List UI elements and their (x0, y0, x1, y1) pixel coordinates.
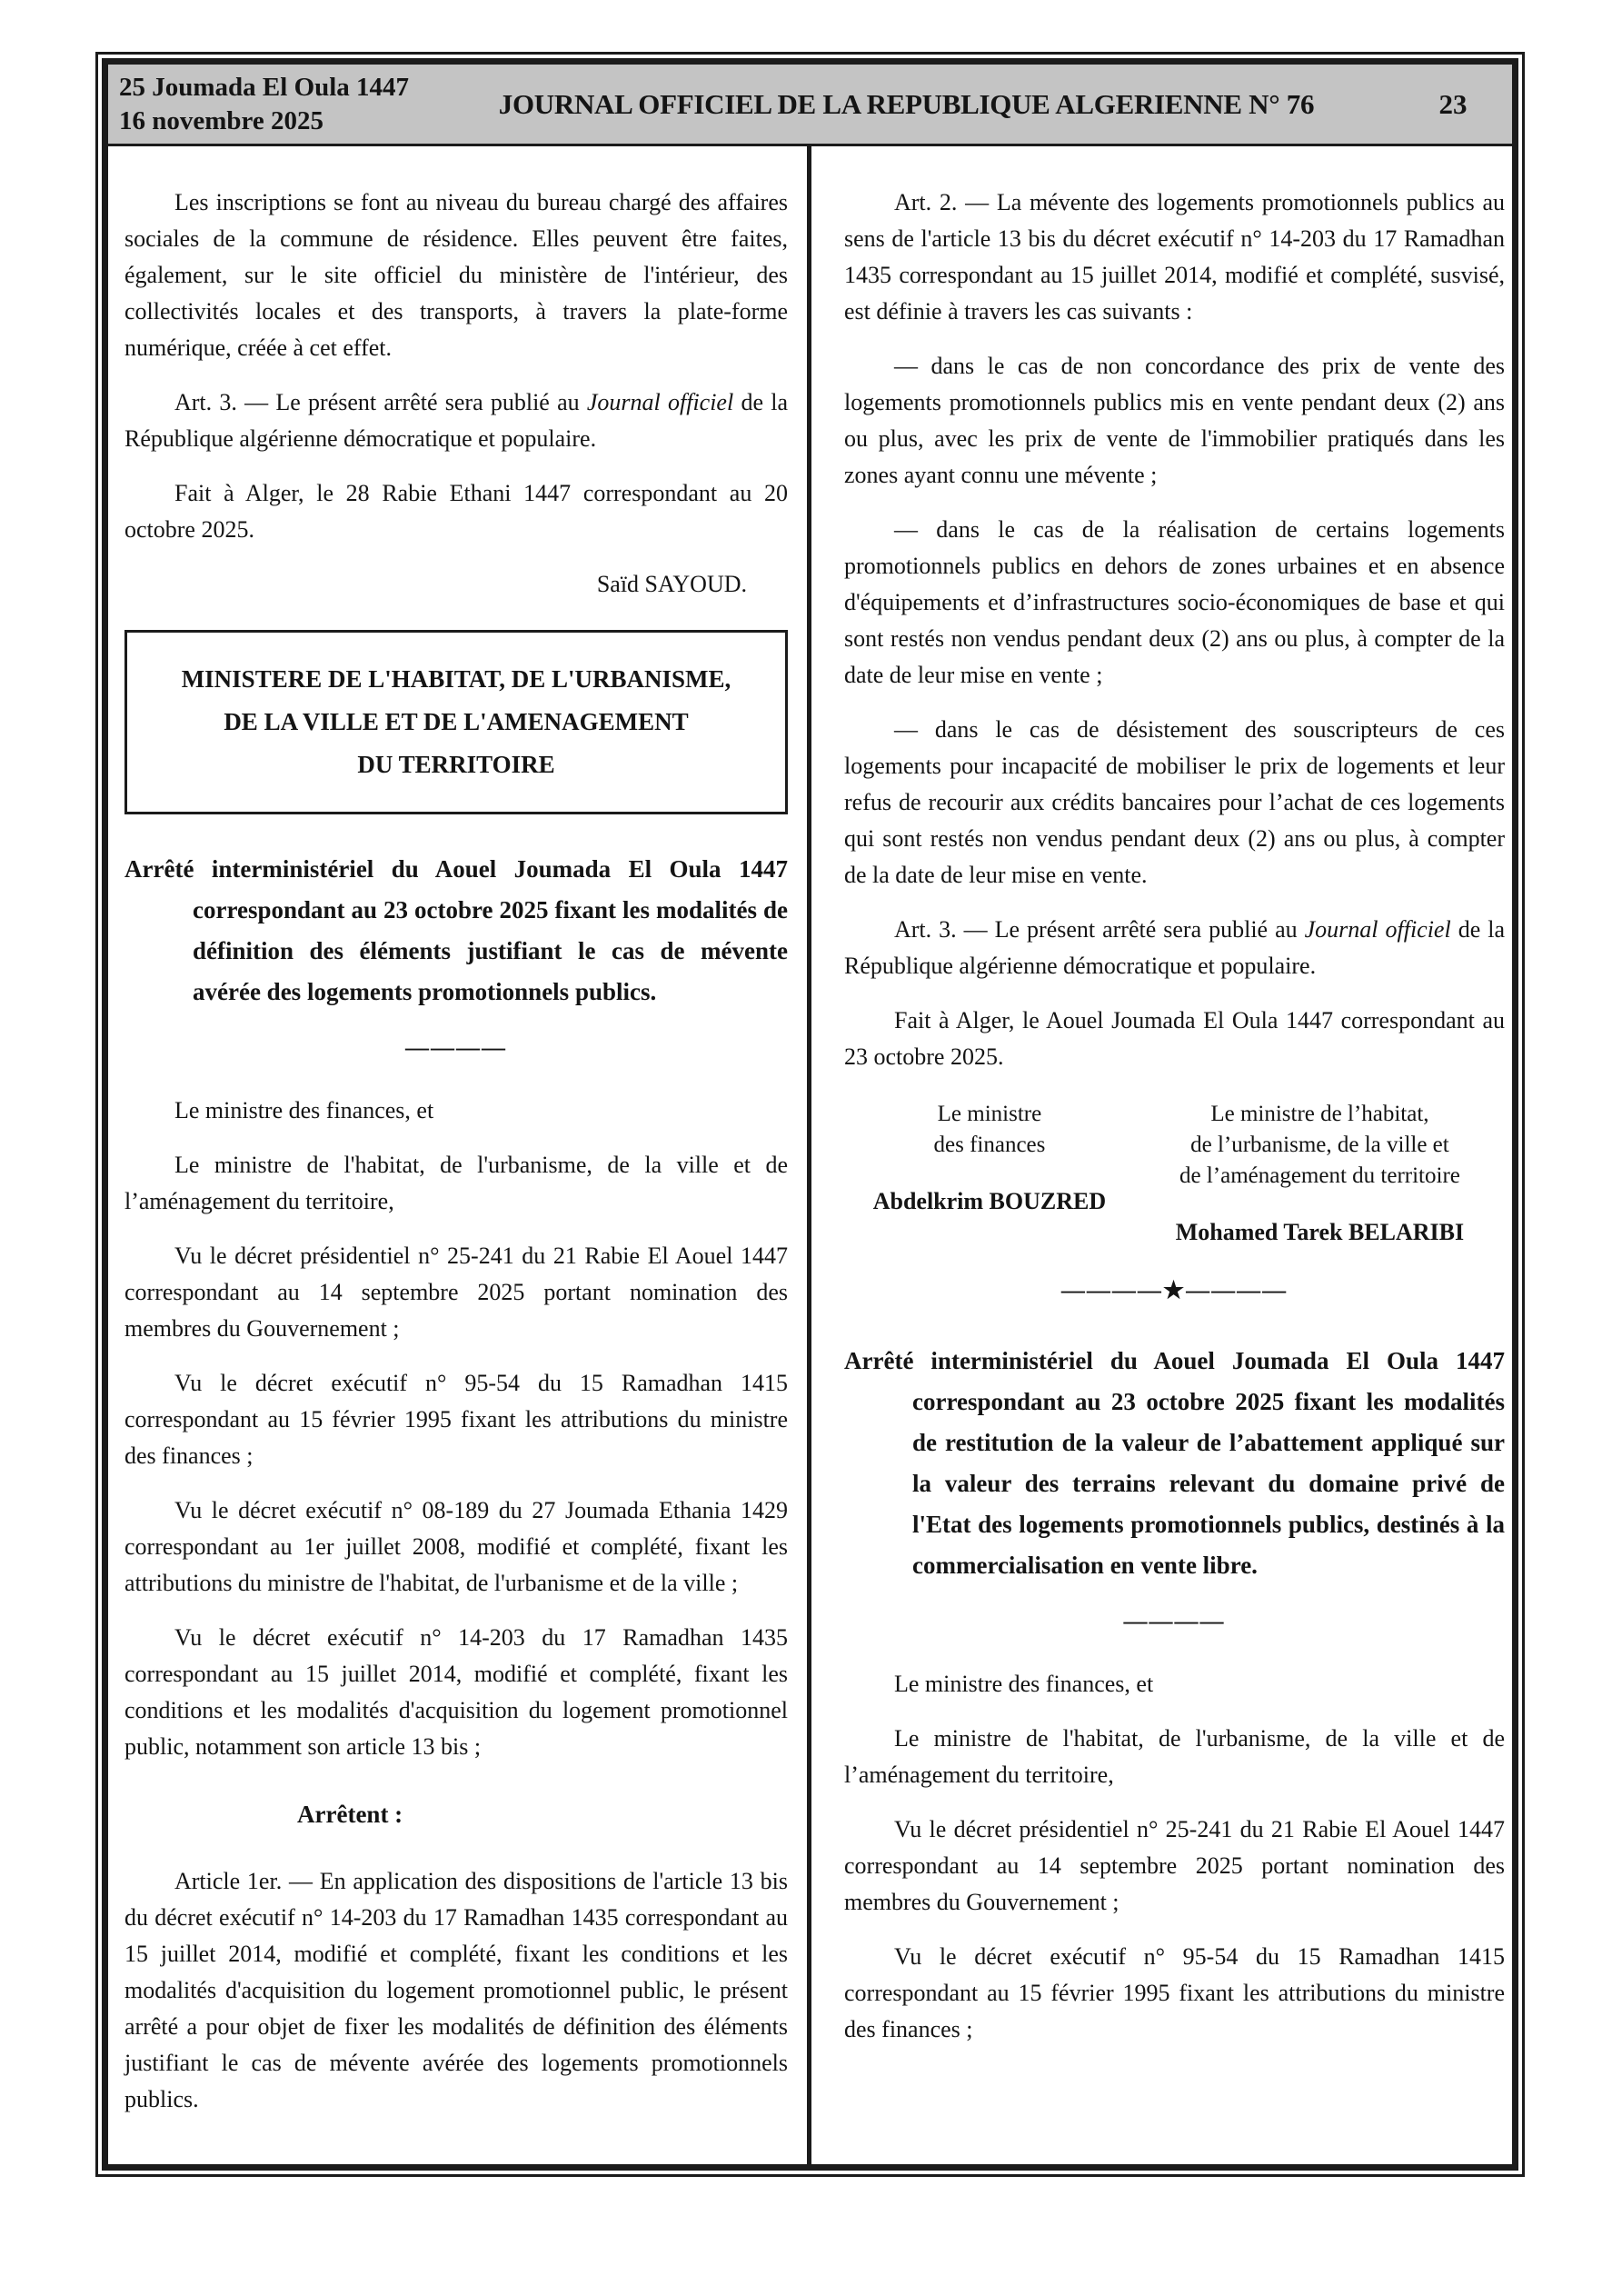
article-3-left: Art. 3. — Le présent arrêté sera publié … (124, 384, 788, 457)
masthead: 25 Joumada El Oula 1447 16 novembre 2025… (108, 65, 1512, 146)
page-number: 23 (1394, 88, 1512, 121)
date-hijri: 25 Joumada El Oula 1447 (119, 71, 419, 105)
journal-officiel-italic: Journal officiel (587, 389, 733, 415)
fait-a-alger-left: Fait à Alger, le 28 Rabie Ethani 1447 co… (124, 475, 788, 548)
star-separator: ————★———— (844, 1277, 1505, 1304)
fait-a-alger-right: Fait à Alger, le Aouel Joumada El Oula 1… (844, 1003, 1505, 1075)
masthead-dates: 25 Joumada El Oula 1447 16 novembre 2025 (108, 71, 419, 138)
page-frame-inner: 25 Joumada El Oula 1447 16 novembre 2025… (102, 58, 1518, 2171)
article-3-right: Art. 3. — Le présent arrêté sera publié … (844, 912, 1505, 984)
signature-housing: Le ministre de l’habitat, de l’urbanisme… (1135, 1099, 1505, 1246)
left-column: Les inscriptions se font au niveau du bu… (108, 146, 807, 2164)
ministry-heading-box: MINISTERE DE L'HABITAT, DE L'URBANISME, … (124, 630, 788, 814)
vu-presidentiel-right: Vu le décret présidentiel n° 25-241 du 2… (844, 1812, 1505, 1921)
vu-14-203: Vu le décret exécutif n° 14-203 du 17 Ra… (124, 1620, 788, 1765)
signature-finance-name: Abdelkrim BOUZRED (844, 1188, 1135, 1215)
case-non-concordance: — dans le cas de non concordance des pri… (844, 348, 1505, 494)
dash-separator-right: ———— (844, 1608, 1505, 1635)
minister-finance-left: Le ministre des finances, et (124, 1093, 788, 1129)
paragraph-inscriptions: Les inscriptions se font au niveau du bu… (124, 185, 788, 366)
vu-presidentiel-left: Vu le décret présidentiel n° 25-241 du 2… (124, 1238, 788, 1347)
vu-08-189: Vu le décret exécutif n° 08-189 du 27 Jo… (124, 1492, 788, 1602)
dash-separator-left: ———— (124, 1034, 788, 1062)
decree-title-left: Arrêté interministériel du Aouel Joumada… (124, 849, 788, 1013)
signatory-sayoud: Saïd SAYOUD. (124, 566, 788, 603)
signature-finance: Le ministre des finances Abdelkrim BOUZR… (844, 1099, 1135, 1246)
article-1er: Article 1er. — En application des dispos… (124, 1863, 788, 2118)
page-body: Les inscriptions se font au niveau du bu… (108, 146, 1512, 2164)
vu-95-54-left: Vu le décret exécutif n° 95-54 du 15 Ram… (124, 1365, 788, 1474)
case-desistement: — dans le cas de désistement des souscri… (844, 712, 1505, 893)
vu-95-54-right: Vu le décret exécutif n° 95-54 du 15 Ram… (844, 1939, 1505, 2048)
arretent-heading: Arrêtent : (124, 1796, 788, 1832)
signature-finance-title: Le ministre des finances (844, 1099, 1135, 1161)
page-frame: 25 Joumada El Oula 1447 16 novembre 2025… (95, 52, 1525, 2177)
journal-officiel-italic-right: Journal officiel (1305, 916, 1451, 943)
date-gregorian: 16 novembre 2025 (119, 105, 419, 138)
right-column: Art. 2. — La mévente des logements promo… (811, 146, 1512, 2164)
minister-housing-right: Le ministre de l'habitat, de l'urbanisme… (844, 1721, 1505, 1793)
signature-block: Le ministre des finances Abdelkrim BOUZR… (844, 1099, 1505, 1246)
minister-housing-left: Le ministre de l'habitat, de l'urbanisme… (124, 1147, 788, 1220)
article-3-left-lead: Art. 3. — Le présent arrêté sera publié … (174, 389, 587, 415)
signature-housing-title: Le ministre de l’habitat, de l’urbanisme… (1135, 1099, 1505, 1192)
decree-title-right: Arrêté interministériel du Aouel Joumada… (844, 1341, 1505, 1586)
signature-housing-name: Mohamed Tarek BELARIBI (1135, 1219, 1505, 1246)
journal-officiel-page: { "colors": {"masthead_bg": "#c4c4c4", "… (0, 0, 1622, 2296)
journal-title: JOURNAL OFFICIEL DE LA REPUBLIQUE ALGERI… (419, 88, 1394, 121)
article-3-right-lead: Art. 3. — Le présent arrêté sera publié … (894, 916, 1305, 943)
case-realisation: — dans le cas de la réalisation de certa… (844, 512, 1505, 694)
minister-finance-right: Le ministre des finances, et (844, 1666, 1505, 1702)
article-2: Art. 2. — La mévente des logements promo… (844, 185, 1505, 330)
